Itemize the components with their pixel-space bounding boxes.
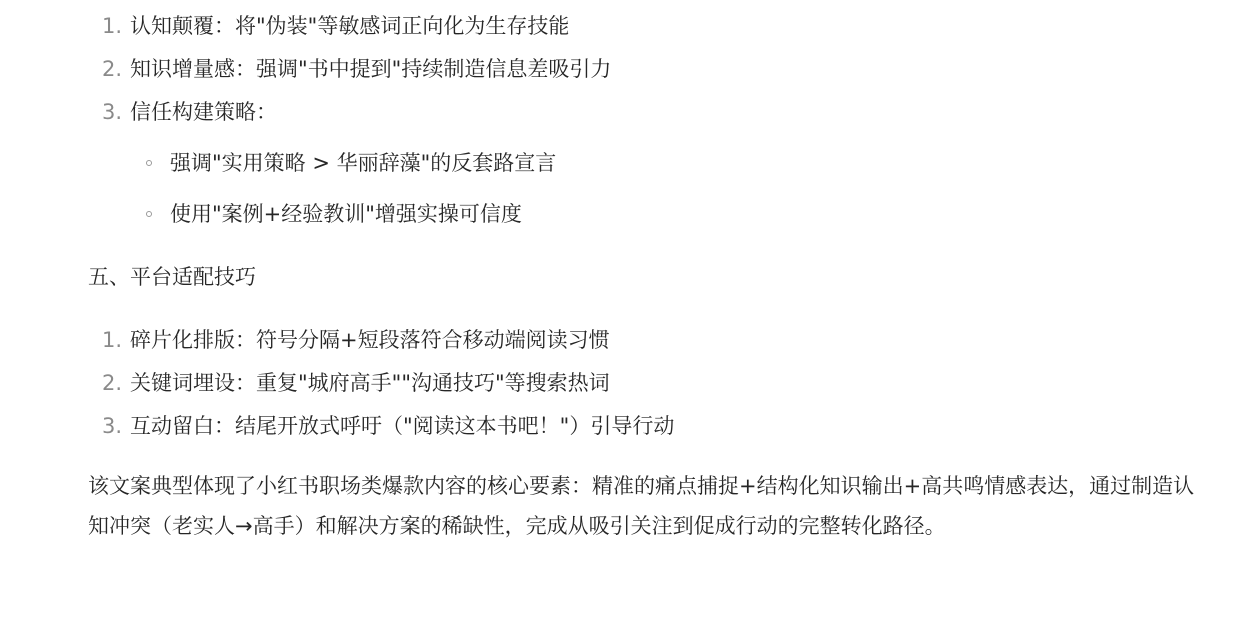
list-item-text: 关键词埋设：重复"城府高手""沟通技巧"等搜索热词 bbox=[130, 371, 610, 395]
list-item: 1. 碎片化排版：符号分隔+短段落符合移动端阅读习惯 bbox=[88, 319, 1208, 362]
platform-tips-list: 1. 碎片化排版：符号分隔+短段落符合移动端阅读习惯 2. 关键词埋设：重复"城… bbox=[88, 319, 1208, 448]
list-item-text: 知识增量感：强调"书中提到"持续制造信息差吸引力 bbox=[130, 57, 611, 81]
sub-list-item: 使用"案例+经验教训"增强实操可信度 bbox=[88, 193, 1208, 236]
list-number: 2. bbox=[102, 362, 122, 405]
list-item-text: 认知颠覆：将"伪装"等敏感词正向化为生存技能 bbox=[130, 14, 569, 38]
sub-list-item: 强调"实用策略 > 华丽辞藻"的反套路宣言 bbox=[88, 142, 1208, 185]
section-heading: 五、平台适配技巧 bbox=[88, 256, 1208, 299]
trust-sub-list: 强调"实用策略 > 华丽辞藻"的反套路宣言 使用"案例+经验教训"增强实操可信度 bbox=[88, 142, 1208, 236]
list-number: 2. bbox=[102, 48, 122, 91]
circle-bullet-icon bbox=[146, 211, 152, 217]
list-number: 1. bbox=[102, 319, 122, 362]
summary-paragraph: 该文案典型体现了小红书职场类爆款内容的核心要素：精准的痛点捕捉+结构化知识输出+… bbox=[88, 466, 1208, 546]
list-item: 2. 关键词埋设：重复"城府高手""沟通技巧"等搜索热词 bbox=[88, 362, 1208, 405]
list-item: 1. 认知颠覆：将"伪装"等敏感词正向化为生存技能 bbox=[88, 5, 1208, 48]
list-item-text: 互动留白：结尾开放式呼吁（"阅读这本书吧！"）引导行动 bbox=[130, 414, 674, 438]
list-item-text: 碎片化排版：符号分隔+短段落符合移动端阅读习惯 bbox=[130, 328, 610, 352]
list-number: 1. bbox=[102, 5, 122, 48]
list-item-text: 信任构建策略： bbox=[130, 100, 277, 124]
circle-bullet-icon bbox=[146, 160, 152, 166]
sub-list-item-text: 使用"案例+经验教训"增强实操可信度 bbox=[170, 202, 522, 226]
list-item: 3. 信任构建策略： bbox=[88, 91, 1208, 134]
document-content: 1. 认知颠覆：将"伪装"等敏感词正向化为生存技能 2. 知识增量感：强调"书中… bbox=[88, 0, 1208, 546]
list-item: 2. 知识增量感：强调"书中提到"持续制造信息差吸引力 bbox=[88, 48, 1208, 91]
list-item: 3. 互动留白：结尾开放式呼吁（"阅读这本书吧！"）引导行动 bbox=[88, 405, 1208, 448]
sub-list-item-text: 强调"实用策略 > 华丽辞藻"的反套路宣言 bbox=[170, 151, 556, 175]
list-number: 3. bbox=[102, 405, 122, 448]
trust-strategy-list: 1. 认知颠覆：将"伪装"等敏感词正向化为生存技能 2. 知识增量感：强调"书中… bbox=[88, 5, 1208, 134]
list-number: 3. bbox=[102, 91, 122, 134]
